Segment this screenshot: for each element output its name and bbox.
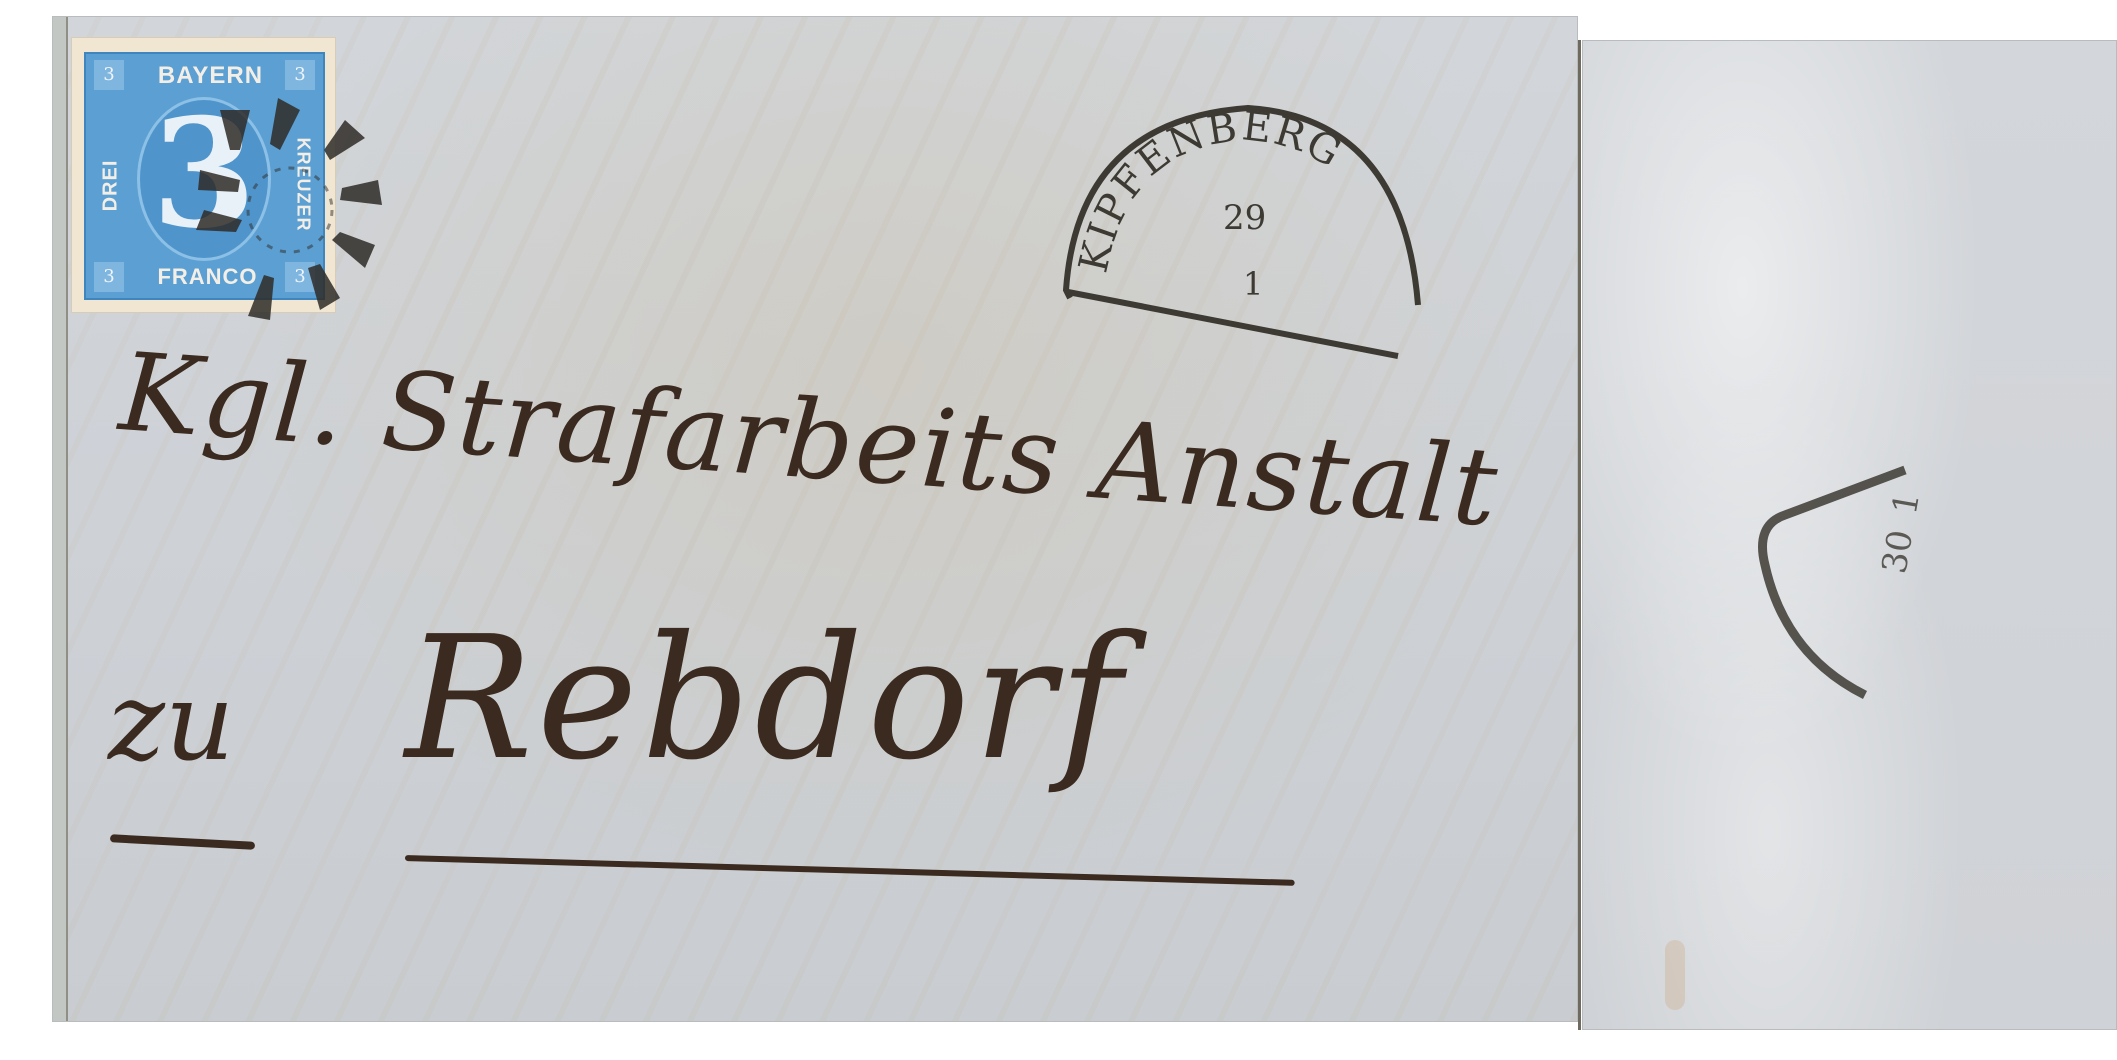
address-line-2-prefix: zu xyxy=(108,660,234,785)
postage-stamp: 3 3 3 3 BAYERN DREI KREUZER FRANCO 3 xyxy=(72,38,335,312)
stamp-frame: 3 3 3 3 BAYERN DREI KREUZER FRANCO 3 xyxy=(84,52,325,300)
postmark-town: KIPFENBERG xyxy=(1071,103,1351,277)
postmark-month: 1 xyxy=(1243,265,1263,303)
arrival-postmark-icon: 30 1 xyxy=(1745,455,2005,705)
stamp-corner-numeral: 3 xyxy=(285,262,315,292)
town-postmark: KIPFENBERG 29 1 xyxy=(1058,100,1428,375)
stamp-corner-numeral: 3 xyxy=(94,60,124,90)
stamp-value-word: DREI xyxy=(100,131,123,241)
stamp-currency: KREUZER xyxy=(293,125,314,245)
svg-text:KIPFENBERG: KIPFENBERG xyxy=(1071,103,1351,277)
stamp-numeral: 3 xyxy=(140,94,268,252)
fold-line xyxy=(1578,40,1581,1030)
stamp-corner-numeral: 3 xyxy=(285,60,315,90)
arrival-month: 1 xyxy=(1885,489,1928,517)
stain xyxy=(1665,940,1685,1010)
arrival-day: 30 xyxy=(1874,527,1921,577)
address-line-2: Rebdorf xyxy=(405,600,1126,798)
postmark-day: 29 xyxy=(1223,198,1266,238)
stamp-corner-numeral: 3 xyxy=(94,262,124,292)
stamp-inscription: FRANCO xyxy=(132,264,283,290)
